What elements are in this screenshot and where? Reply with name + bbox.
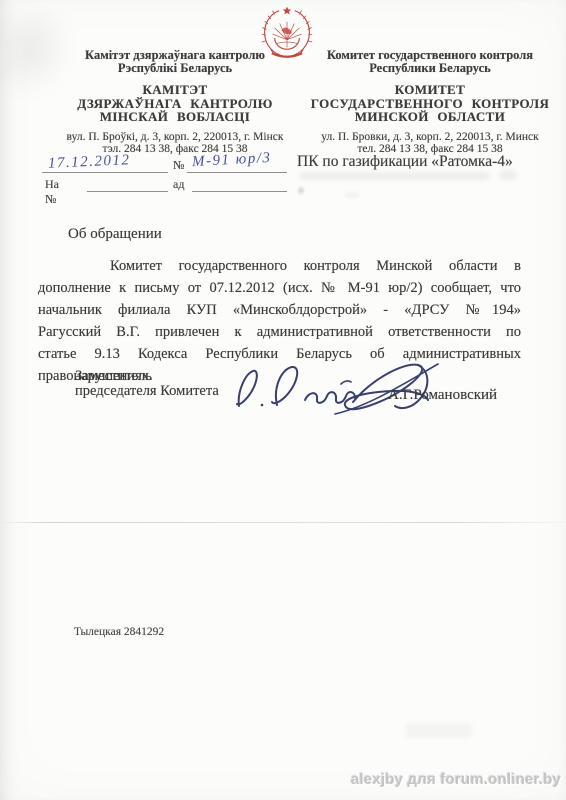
org-name-caps-line1: КОМИТЕТ	[305, 83, 555, 97]
signer-position-line1: Заместитель	[75, 369, 219, 384]
org-name-caps-line1: КАМІТЭТ	[50, 83, 300, 97]
org-name-small-line2: Рэспублікі Беларусь	[50, 62, 300, 75]
signer-position-line2: председателя Комитета	[75, 384, 219, 399]
body-line: дополнение к письму от 07.12.2012 (исх. …	[38, 277, 521, 299]
org-name-caps-line3: МІНСКАЙ ВОБЛАСЦІ	[50, 110, 300, 124]
watermark-text: alexjby для forum.onliner.by	[351, 771, 561, 788]
addressee-line: ПК по газификации «Ратомка-4»	[297, 153, 513, 171]
ghost-text-smudge	[406, 723, 472, 738]
date-underline	[42, 158, 168, 173]
reply-date-underline	[192, 177, 287, 192]
erased-text-smudge	[300, 172, 490, 180]
erased-text-smudge	[500, 170, 516, 180]
header-column-russian: Комитет государственного контроля Респуб…	[305, 49, 555, 156]
number-sign-label: №	[173, 158, 184, 173]
org-name-small-line2: Республики Беларусь	[305, 62, 555, 75]
fold-crease-line	[0, 522, 566, 523]
executor-line: Тылецкая 2841292	[74, 626, 164, 638]
signer-name: А.Г.Романовский	[388, 387, 497, 404]
body-line: Рагусский В.Г. привлечен к административ…	[38, 321, 521, 343]
number-underline	[187, 158, 287, 173]
org-address: ул. П. Бровки, д. 3, корп. 2, 220013, г.…	[305, 131, 555, 144]
header-column-belarusian: Камітэт дзяржаўнага кантролю Рэспублікі …	[50, 49, 300, 156]
erased-text-smudge	[345, 193, 359, 197]
scanned-letter-page: Камітэт дзяржаўнага кантролю Рэспублікі …	[0, 0, 566, 800]
erased-text-smudge	[298, 187, 304, 194]
signer-position: Заместитель председателя Комитета	[75, 369, 219, 399]
reply-to-label: На №	[45, 177, 59, 207]
org-name-caps-line2: ДЗЯРЖАЎНАГА КАНТРОЛЮ	[50, 97, 300, 111]
org-address: вул. П. Броўкі, д. 3, корп. 2, 220013, г…	[50, 131, 300, 144]
org-name-caps-line3: МИНСКОЙ ОБЛАСТИ	[305, 110, 555, 124]
body-line: начальник филиала КУП «Минскоблдорстрой»…	[38, 299, 521, 321]
reply-date-label: ад	[173, 177, 184, 192]
subject-line: Об обращении	[68, 226, 162, 243]
reply-number-underline	[87, 177, 168, 192]
body-line: Комитет государственного контроля Минско…	[38, 255, 521, 277]
org-name-caps-line2: ГОСУДАРСТВЕННОГО КОНТРОЛЯ	[305, 97, 555, 111]
